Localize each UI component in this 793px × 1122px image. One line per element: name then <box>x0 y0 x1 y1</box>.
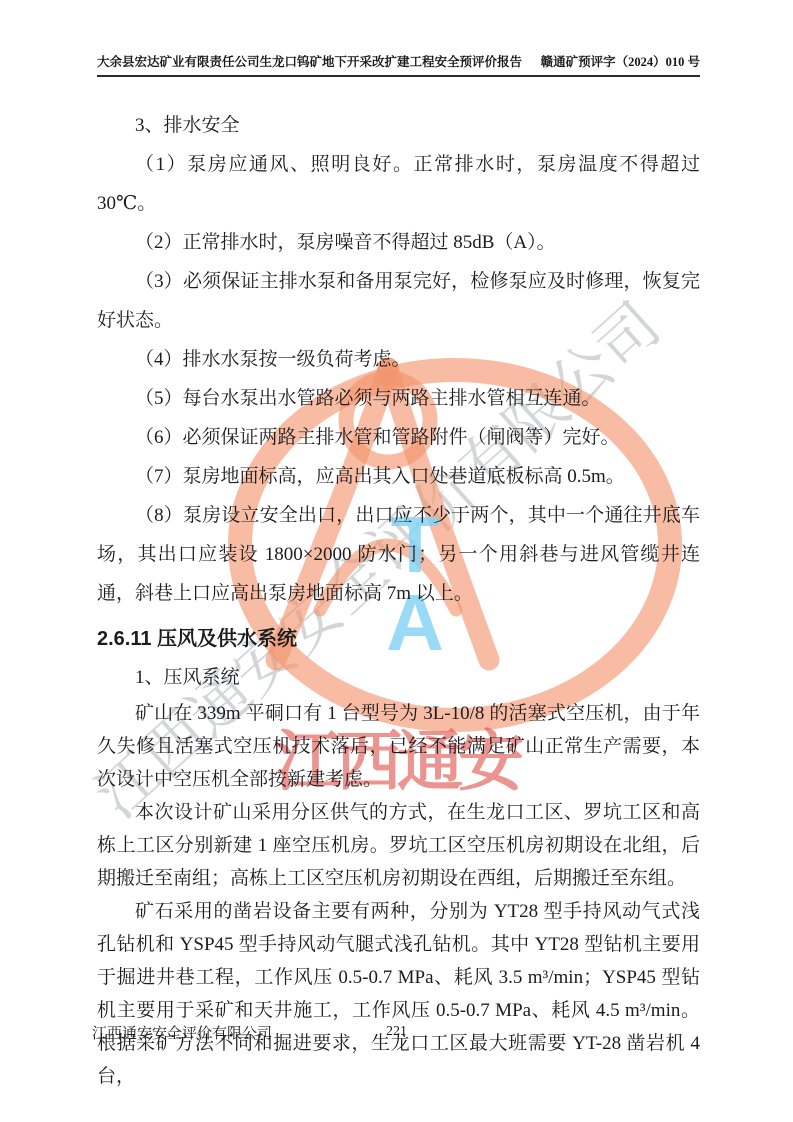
header-report-title: 大余县宏达矿业有限责任公司生龙口钨矿地下开采改扩建工程安全预评价报告 <box>97 52 522 70</box>
paragraph-compressor: 矿山在 339m 平硐口有 1 台型号为 3L-10/8 的活塞式空压机，由于年… <box>97 697 700 796</box>
paragraph-drainage-title: 3、排水安全 <box>97 106 700 145</box>
paragraph-item-5: （5）每台水泵出水管路必须与两路主排水管相互连通。 <box>97 379 700 418</box>
paragraph-item-8: （8）泵房设立安全出口，出口应不少于两个，其中一个通往井底车场，其出口应装设 1… <box>97 496 700 613</box>
paragraph-item-7: （7）泵房地面标高，应高出其入口处巷道底板标高 0.5m。 <box>97 457 700 496</box>
paragraph-item-4: （4）排水水泵按一级负荷考虑。 <box>97 340 700 379</box>
paragraph-drill-equipment: 矿石采用的凿岩设备主要有两种，分别为 YT28 型手持风动气式浅孔钻机和 YSP… <box>97 895 700 1093</box>
document-body: 3、排水安全 （1）泵房应通风、照明良好。正常排水时，泵房温度不得超过 30℃。… <box>97 106 700 1093</box>
page-number: 221 <box>0 1024 793 1040</box>
header-doc-number: 赣通矿预评字（2024）010 号 <box>541 52 700 70</box>
paragraph-item-6: （6）必须保证两路主排水管和管路附件（闸阀等）完好。 <box>97 418 700 457</box>
paragraph-item-3: （3）必须保证主排水泵和备用泵完好，检修泵应及时修理，恢复完好状态。 <box>97 262 700 340</box>
paragraph-air-zones: 本次设计矿山采用分区供气的方式，在生龙口工区、罗坑工区和高栋上工区分别新建 1 … <box>97 796 700 895</box>
section-heading: 2.6.11 压风及供水系统 <box>97 619 700 659</box>
paragraph-item-2: （2）正常排水时，泵房噪音不得超过 85dB（A）。 <box>97 223 700 262</box>
paragraph-item-1: （1）泵房应通风、照明良好。正常排水时，泵房温度不得超过 30℃。 <box>97 145 700 223</box>
subsection-title: 1、压风系统 <box>97 659 700 697</box>
page-header: 大余县宏达矿业有限责任公司生龙口钨矿地下开采改扩建工程安全预评价报告 赣通矿预评… <box>97 52 700 77</box>
document-page: 江西通安安全评价有限公司 T A 江西通安 大余县宏达矿业有限责任公司生龙口钨矿… <box>0 0 793 1122</box>
